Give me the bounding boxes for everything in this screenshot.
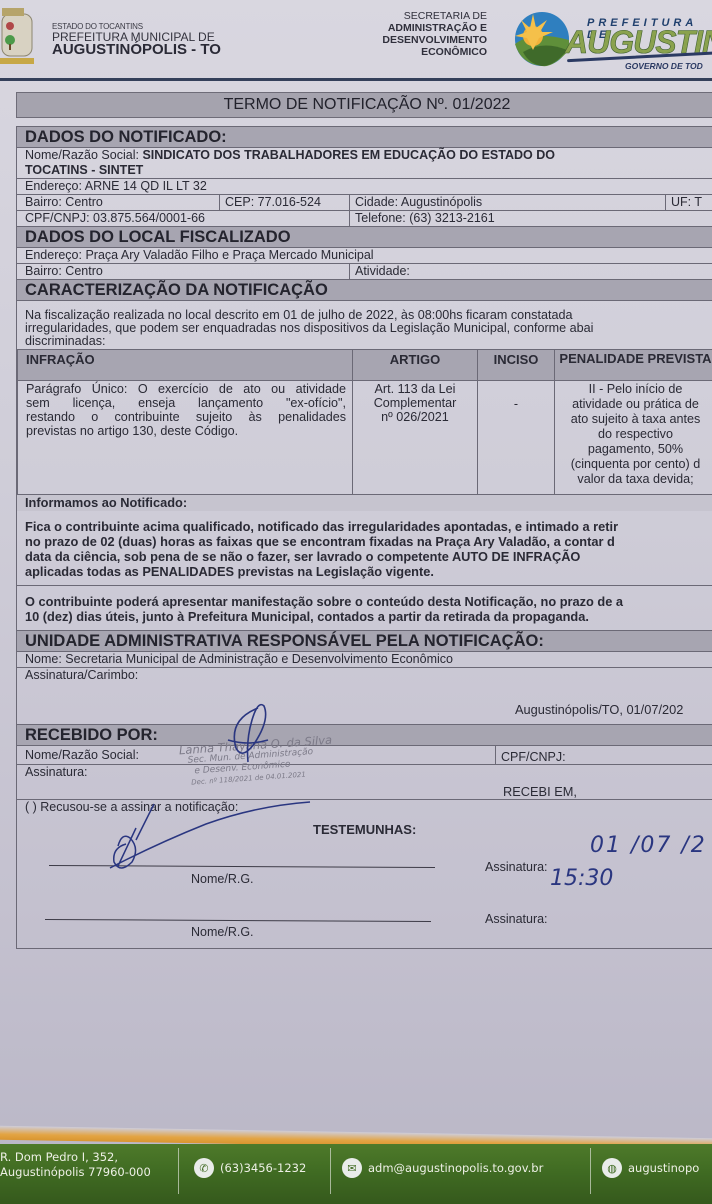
received-cpf-label: CPF/CNPJ: xyxy=(495,746,566,764)
notice-line: 10 (dez) dias úteis, junto à Prefeitura … xyxy=(25,609,712,624)
notified-name-row: Nome/Razão Social: SINDICATO DOS TRABALH… xyxy=(17,147,712,178)
secretaria-line: SECRETARIA DE xyxy=(360,10,487,22)
cell-line: do respectivo xyxy=(556,427,712,442)
cell-line: Art. 113 da Lei xyxy=(354,382,476,396)
footer-separator xyxy=(330,1148,331,1194)
witness-name-label: Nome/R.G. xyxy=(191,925,254,940)
cell-line: sem licença, enseja lançamento "ex-ofíci… xyxy=(26,396,346,410)
footer-separator xyxy=(590,1148,591,1194)
secretaria-line: ECONÔMICO xyxy=(360,46,487,58)
cell-line: nº 026/2021 xyxy=(354,410,476,424)
witness-name-label: Nome/R.G. xyxy=(191,872,254,887)
col-penalidade: PENALIDADE PREVISTA xyxy=(555,350,712,381)
unit-signature-row: Assinatura/Carimbo: Augustinópolis/TO, 0… xyxy=(17,667,712,724)
cell-line: II - Pelo início de xyxy=(556,382,712,397)
received-signature-row: Assinatura: RECEBI EM, xyxy=(17,764,712,799)
email-address[interactable]: adm@augustinopolis.to.gov.br xyxy=(368,1161,543,1175)
cell-line: pagamento, 50% xyxy=(556,442,712,457)
witnesses-heading: TESTEMUNHAS: xyxy=(313,822,416,837)
cell-line: Complementar xyxy=(354,396,476,410)
secretaria-block: SECRETARIA DE ADMINISTRAÇÃO E DESENVOLVI… xyxy=(360,10,487,58)
characterization-line: irregularidades, que podem ser enquadrad… xyxy=(25,322,712,335)
cell-line: Parágrafo Único: O exercício de ato ou a… xyxy=(26,382,346,396)
characterization-text: Na fiscalização realizada no local descr… xyxy=(17,300,712,349)
cpf-cnpj: CPF/CNPJ: 03.875.564/0001-66 xyxy=(25,211,205,225)
sun-globe-icon xyxy=(513,10,571,68)
local-address-row: Endereço: Praça Ary Valadão Filho e Praç… xyxy=(17,247,712,263)
document-title: TERMO DE NOTIFICAÇÃO Nº. 01/2022 xyxy=(16,92,712,118)
handwritten-receipt-time: 15:30 xyxy=(550,866,613,891)
name-value-line2: TOCATINS - SINTET xyxy=(25,163,143,177)
cell-line: (cinquenta por cento) d xyxy=(556,457,712,472)
footer-address: R. Dom Pedro I, 352, Augustinópolis 7796… xyxy=(0,1150,151,1180)
phone-icon: ✆ xyxy=(194,1158,214,1178)
city-name: AUGUSTINÓPOLIS - TO xyxy=(52,44,221,55)
local-district-row: Bairro: Centro Atividade: xyxy=(17,263,712,279)
section-heading: RECEBIDO POR: xyxy=(17,724,712,745)
address-line: R. Dom Pedro I, 352, xyxy=(0,1150,151,1165)
notice-line: Fica o contribuinte acima qualificado, n… xyxy=(25,519,712,534)
cell-line: ato sujeito à taxa antes xyxy=(556,412,712,427)
cell-line: atividade ou prática de xyxy=(556,397,712,412)
col-inciso: INCISO xyxy=(478,350,555,381)
table-row: Parágrafo Único: O exercício de ato ou a… xyxy=(18,381,712,495)
municipal-crest-icon xyxy=(0,4,34,70)
artigo-cell: Art. 113 da Lei Complementar nº 026/2021 xyxy=(353,381,478,495)
notice-line: aplicadas todas as PENALIDADES previstas… xyxy=(25,564,712,579)
prefeitura-brand-logo: PREFEITURA DE AUGUSTINÓ GOVERNO DE TOD xyxy=(507,8,712,72)
notified-doc-row: CPF/CNPJ: 03.875.564/0001-66 Telefone: (… xyxy=(17,210,712,226)
local-district: Bairro: Centro xyxy=(25,264,103,278)
received-name-row: Nome/Razão Social: CPF/CNPJ: xyxy=(17,745,712,764)
section-heading: UNIDADE ADMINISTRATIVA RESPONSÁVEL PELA … xyxy=(17,630,712,651)
section-heading: DADOS DO NOTIFICADO: xyxy=(17,126,712,147)
notified-section: DADOS DO NOTIFICADO: Nome/Razão Social: … xyxy=(16,126,712,949)
activity: Atividade: xyxy=(349,264,410,279)
email-icon: ✉ xyxy=(342,1158,362,1178)
globe-icon: ◍ xyxy=(602,1158,622,1178)
unit-name-row: Nome: Secretaria Municipal de Administra… xyxy=(17,651,712,667)
brand-slogan: GOVERNO DE TOD xyxy=(625,61,703,71)
letterhead: ESTADO DO TOCANTINS PREFEITURA MUNICIPAL… xyxy=(0,0,712,80)
section-heading: CARACTERIZAÇÃO DA NOTIFICAÇÃO xyxy=(17,279,712,300)
inciso-cell: - xyxy=(478,381,555,495)
name-label: Nome/Razão Social: xyxy=(25,148,139,162)
characterization-line: discriminadas: xyxy=(25,335,712,348)
received-on-label: RECEBI EM, xyxy=(503,784,577,799)
notified-address-row: Endereço: ARNE 14 QD IL LT 32 xyxy=(17,178,712,194)
witness-line xyxy=(45,919,431,922)
infraction-table: INFRAÇÃO ARTIGO INCISO PENALIDADE PREVIS… xyxy=(17,349,712,495)
district: Bairro: Centro xyxy=(25,195,103,209)
received-signature-label: Assinatura: xyxy=(25,765,88,779)
cell-line: restando o contribuinte sujeito às penal… xyxy=(26,410,346,424)
name-value-line1: SINDICATO DOS TRABALHADORES EM EDUCAÇÃO … xyxy=(142,148,555,162)
notice-heading: Informamos ao Notificado: xyxy=(17,495,712,511)
notice-paragraph-2: O contribuinte poderá apresentar manifes… xyxy=(17,585,712,630)
notice-line: O contribuinte poderá apresentar manifes… xyxy=(25,594,712,609)
table-header-row: INFRAÇÃO ARTIGO INCISO PENALIDADE PREVIS… xyxy=(18,350,712,381)
phone-number: (63)3456-1232 xyxy=(220,1161,306,1175)
address-line: Augustinópolis 77960-000 xyxy=(0,1165,151,1180)
municipality-block: ESTADO DO TOCANTINS PREFEITURA MUNICIPAL… xyxy=(52,21,221,55)
section-heading: DADOS DO LOCAL FISCALIZADO xyxy=(17,226,712,247)
notified-district-row: Bairro: Centro CEP: 77.016-524 Cidade: A… xyxy=(17,194,712,210)
cep: CEP: 77.016-524 xyxy=(219,195,321,210)
notice-line: no prazo de 02 (duas) horas as faixas qu… xyxy=(25,534,712,549)
document-page: ESTADO DO TOCANTINS PREFEITURA MUNICIPAL… xyxy=(0,0,712,1204)
cell-line: valor da taxa devida; xyxy=(556,472,712,487)
footer-email[interactable]: ✉ adm@augustinopolis.to.gov.br xyxy=(342,1158,543,1178)
infracao-cell: Parágrafo Único: O exercício de ato ou a… xyxy=(18,381,353,495)
place-date: Augustinópolis/TO, 01/07/202 xyxy=(515,702,683,717)
cell-line: previstas no artigo 130, deste Código. xyxy=(26,424,346,438)
header-divider xyxy=(0,78,712,81)
uf: UF: T xyxy=(665,195,702,210)
penalidade-cell: II - Pelo início de atividade ou prática… xyxy=(555,381,712,495)
signature-label: Assinatura/Carimbo: xyxy=(25,668,138,682)
handwritten-receipt-date: 01 /07 /2 xyxy=(590,833,707,858)
refusal-checkbox-label: ( ) Recusou-se a assinar a notificação: xyxy=(25,800,238,814)
col-infracao: INFRAÇÃO xyxy=(18,350,353,381)
notice-paragraph-1: Fica o contribuinte acima qualificado, n… xyxy=(17,511,712,585)
footer-website[interactable]: ◍ augustinopo xyxy=(602,1158,699,1178)
received-name-label: Nome/Razão Social: xyxy=(25,748,139,762)
witness-line xyxy=(49,865,435,868)
phone: Telefone: (63) 3213-2161 xyxy=(349,211,495,226)
notice-line: data da ciência, sob pena de se não o fa… xyxy=(25,549,712,564)
form-bottom-border xyxy=(17,948,712,949)
footer-separator xyxy=(178,1148,179,1194)
witness-sign-label: Assinatura: xyxy=(485,912,548,927)
website[interactable]: augustinopo xyxy=(628,1161,699,1175)
col-artigo: ARTIGO xyxy=(353,350,478,381)
secretaria-line: DESENVOLVIMENTO xyxy=(360,34,487,46)
footer-phone: ✆ (63)3456-1232 xyxy=(194,1158,306,1178)
secretaria-line: ADMINISTRAÇÃO E xyxy=(360,22,487,34)
city: Cidade: Augustinópolis xyxy=(349,195,482,210)
witness-sign-label: Assinatura: xyxy=(485,860,548,875)
